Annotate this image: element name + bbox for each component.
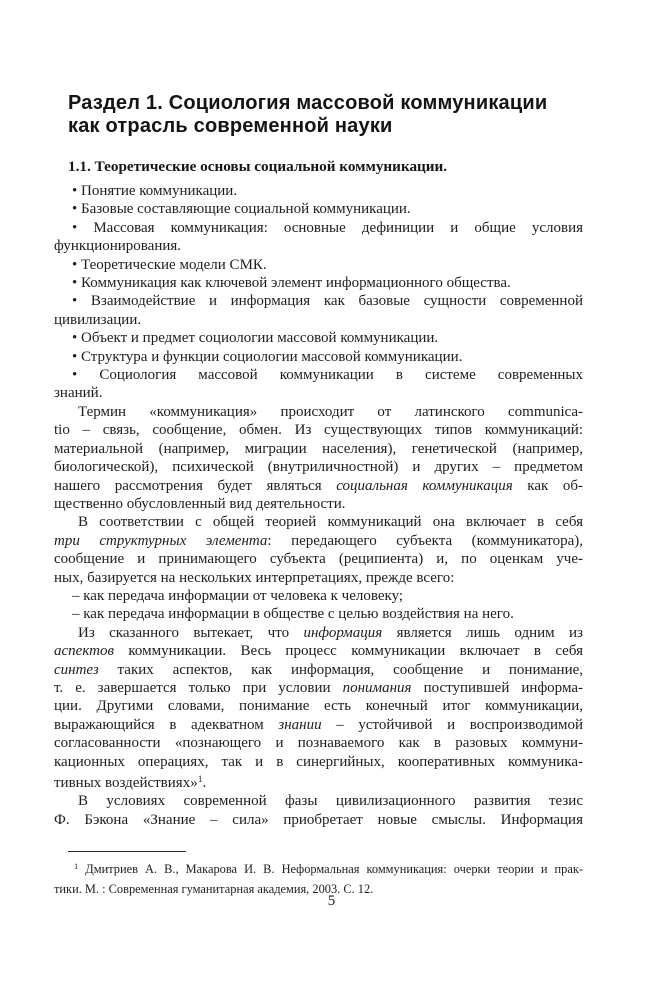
text-segment: – как передача информации от человека к … <box>72 588 403 604</box>
section-heading-line2: как отрасль современной науки <box>68 115 393 137</box>
text-segment: щественно обусловленный вид деятельности… <box>54 496 346 512</box>
text-line: В условиях современной фазы цивилизацион… <box>54 792 583 810</box>
paragraph: Из сказанного вытекает, что информация я… <box>54 624 583 793</box>
text-segment: согласованности «познающего и познаваемо… <box>54 735 583 751</box>
text-line: кационных операциях, так и в синергийных… <box>54 753 583 771</box>
text-segment: Термин «коммуникация» происходит от лати… <box>78 404 583 420</box>
text-line: щественно обусловленный вид деятельности… <box>54 495 583 513</box>
text-line: tio – связь, сообщение, обмен. Из сущест… <box>54 421 583 439</box>
italic-segment: синтез <box>54 662 99 678</box>
text-segment: • Массовая коммуникация: основные дефини… <box>72 220 583 236</box>
text-line: ных, базируется на нескольких интерпрета… <box>54 569 583 587</box>
text-line: • Базовые составляющие социальной коммун… <box>54 200 583 218</box>
text-segment: нашего рассмотрения будет являться <box>54 478 336 494</box>
section-heading-line1: Раздел 1. Социология массовой коммуникац… <box>68 92 547 114</box>
text-segment: : передающего субъекта (коммуникатора), <box>267 533 583 549</box>
text-segment: знаний. <box>54 385 102 401</box>
italic-segment: информация <box>303 625 382 641</box>
text-segment: – как передача информации в обществе с ц… <box>72 606 514 622</box>
paragraph: В соответствии с общей теорией коммуника… <box>54 513 583 587</box>
text-segment: • Структура и функции социологии массово… <box>72 349 462 365</box>
text-line: • Теоретические модели СМК. <box>54 256 583 274</box>
text-line: синтез таких аспектов, как информация, с… <box>54 661 583 679</box>
text-line: функционирования. <box>54 237 583 255</box>
dash-list-item: – как передача информации от человека к … <box>54 587 583 605</box>
text-segment: как об- <box>513 478 583 494</box>
text-segment: сообщение и принимающего субъекта (рецип… <box>54 551 583 567</box>
text-segment: выражающийся в адекватном <box>54 717 278 733</box>
text-line: Из сказанного вытекает, что информация я… <box>54 624 583 642</box>
text-segment: • Теоретические модели СМК. <box>72 257 267 273</box>
bullet-item: • Взаимодействие и информация как базовы… <box>54 292 583 329</box>
text-segment: Ф. Бэкона «Знание – сила» приобретает но… <box>54 812 583 828</box>
text-segment: – устойчивой и воспроизводимой <box>322 717 583 733</box>
text-line: три структурных элемента: передающего су… <box>54 532 583 550</box>
text-line: • Понятие коммуникации. <box>54 182 583 200</box>
book-page: Раздел 1. Социология массовой коммуникац… <box>0 0 663 1001</box>
bullet-item: • Коммуникация как ключевой элемент инфо… <box>54 274 583 292</box>
text-line: аспектов коммуникации. Весь процесс комм… <box>54 642 583 660</box>
text-segment: является лишь одним из <box>382 625 583 641</box>
italic-segment: аспектов <box>54 643 114 659</box>
text-line: • Структура и функции социологии массово… <box>54 348 583 366</box>
bullet-item: • Массовая коммуникация: основные дефини… <box>54 219 583 256</box>
text-segment: Из сказанного вытекает, что <box>78 625 303 641</box>
text-line: Ф. Бэкона «Знание – сила» приобретает но… <box>54 811 583 829</box>
text-segment: • Взаимодействие и информация как базовы… <box>72 293 583 309</box>
text-line: • Взаимодействие и информация как базовы… <box>54 292 583 310</box>
bullet-item: • Теоретические модели СМК. <box>54 256 583 274</box>
text-line: согласованности «познающего и познаваемо… <box>54 734 583 752</box>
paragraph: В условиях современной фазы цивилизацион… <box>54 792 583 829</box>
text-segment: В условиях современной фазы цивилизацион… <box>78 793 583 809</box>
text-line: т. е. завершается только при условии пон… <box>54 679 583 697</box>
text-segment: тивных воздействиях» <box>54 775 198 791</box>
text-segment: кационных операциях, так и в синергийных… <box>54 754 583 770</box>
text-segment: • Объект и предмет социологии массовой к… <box>72 330 438 346</box>
body-text: • Понятие коммуникации.• Базовые составл… <box>54 182 583 829</box>
bullet-item: • Структура и функции социологии массово… <box>54 348 583 366</box>
text-line: 1 Дмитриев А. В., Макарова И. В. Неформа… <box>54 857 583 879</box>
dash-list-item: – как передача информации в обществе с ц… <box>54 605 583 623</box>
text-segment: поступившей информа- <box>412 680 583 696</box>
text-segment: т. е. завершается только при условии <box>54 680 343 696</box>
text-line: материальной (например, миграции населен… <box>54 440 583 458</box>
text-line: • Коммуникация как ключевой элемент инфо… <box>54 274 583 292</box>
text-segment: ции. Другими словами, понимание есть кон… <box>54 698 583 714</box>
text-line: нашего рассмотрения будет являться социа… <box>54 477 583 495</box>
text-line: биологической), психической (внутрилично… <box>54 458 583 476</box>
bullet-item: • Понятие коммуникации. <box>54 182 583 200</box>
italic-segment: три структурных элемента <box>54 533 267 549</box>
text-line: тивных воздействиях»1. <box>54 771 583 792</box>
paragraph: Термин «коммуникация» происходит от лати… <box>54 403 583 513</box>
text-segment: таких аспектов, как информация, сообщени… <box>99 662 583 678</box>
bullet-item: • Социология массовой коммуникации в сис… <box>54 366 583 403</box>
text-segment: коммуникации. Весь процесс коммуникации … <box>114 643 583 659</box>
text-segment: ных, базируется на нескольких интерпрета… <box>54 570 454 586</box>
text-line: Термин «коммуникация» происходит от лати… <box>54 403 583 421</box>
text-line: выражающийся в адекватном знании – устой… <box>54 716 583 734</box>
text-segment: • Базовые составляющие социальной коммун… <box>72 201 411 217</box>
text-segment: материальной (например, миграции населен… <box>54 441 583 457</box>
text-line: знаний. <box>54 384 583 402</box>
text-line: В соответствии с общей теорией коммуника… <box>54 513 583 531</box>
text-segment: функционирования. <box>54 238 181 254</box>
italic-segment: знании <box>278 717 321 733</box>
bullet-item: • Объект и предмет социологии массовой к… <box>54 329 583 347</box>
text-line: ции. Другими словами, понимание есть кон… <box>54 697 583 715</box>
text-segment: цивилизации. <box>54 312 141 328</box>
text-segment: Дмитриев А. В., Макарова И. В. Неформаль… <box>78 862 583 876</box>
footnote-separator <box>68 851 186 852</box>
bullet-item: • Базовые составляющие социальной коммун… <box>54 200 583 218</box>
text-line: – как передача информации от человека к … <box>54 587 583 605</box>
section-heading: Раздел 1. Социология массовой коммуникац… <box>68 92 583 138</box>
text-segment: В соответствии с общей теорией коммуника… <box>78 514 583 530</box>
italic-segment: понимания <box>343 680 412 696</box>
text-segment: . <box>202 775 206 791</box>
text-line: • Массовая коммуникация: основные дефини… <box>54 219 583 237</box>
text-segment: • Коммуникация как ключевой элемент инфо… <box>72 275 511 291</box>
text-line: • Социология массовой коммуникации в сис… <box>54 366 583 384</box>
text-segment: • Понятие коммуникации. <box>72 183 237 199</box>
text-line: – как передача информации в обществе с ц… <box>54 605 583 623</box>
italic-segment: социальная коммуникация <box>336 478 512 494</box>
text-line: сообщение и принимающего субъекта (рецип… <box>54 550 583 568</box>
page-number: 5 <box>0 893 663 910</box>
text-line: • Объект и предмет социологии массовой к… <box>54 329 583 347</box>
text-line: цивилизации. <box>54 311 583 329</box>
text-segment: • Социология массовой коммуникации в сис… <box>72 367 583 383</box>
text-segment: tio – связь, сообщение, обмен. Из сущест… <box>54 422 583 438</box>
text-segment: биологической), психической (внутрилично… <box>54 459 583 475</box>
subsection-title: 1.1. Теоретические основы социальной ком… <box>68 157 583 176</box>
